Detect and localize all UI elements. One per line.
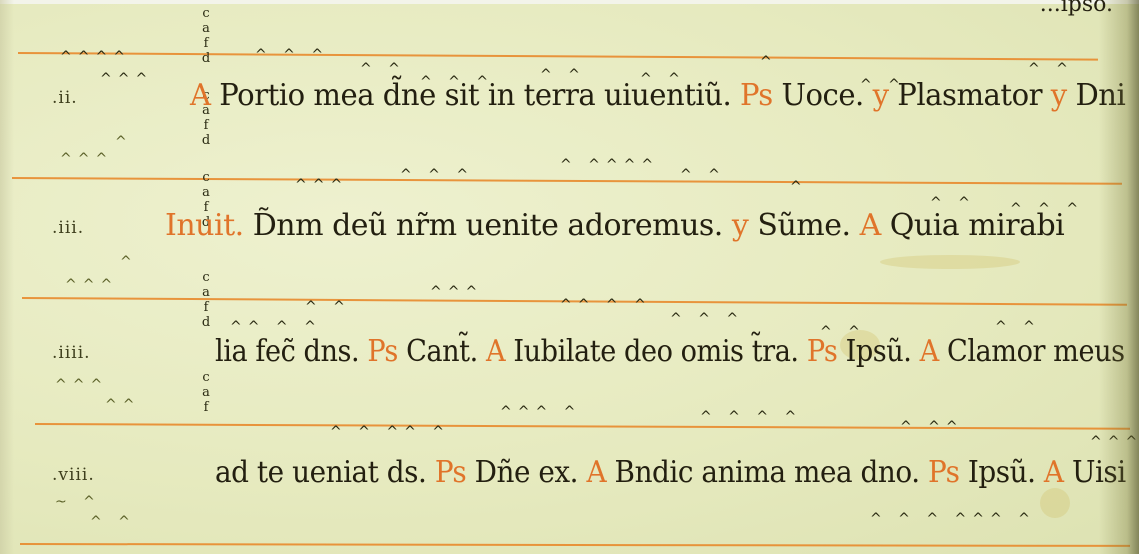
chant-text: ad te ueniat ds.: [215, 455, 426, 490]
image-top-edge: [0, 0, 1139, 4]
pitch-letter: f: [204, 300, 209, 315]
neume-group: ^ ^ ^^ ^: [330, 425, 450, 439]
neume-group: ^ ^^^^: [560, 158, 659, 172]
neume-group: ^ ^: [360, 62, 406, 76]
rubric-versus: y: [732, 208, 748, 243]
neume-group: ^^^: [60, 152, 113, 166]
chant-text: Ipsũ.: [968, 455, 1036, 490]
pitch-letter: c: [202, 270, 209, 285]
rubric-antiphon: A: [486, 334, 505, 369]
chant-text: Iubilate deo omis t̃ra.: [513, 334, 798, 369]
neume-group: ^ ^: [1028, 62, 1074, 76]
left-margin: [0, 0, 14, 554]
manuscript-page: ...ipso. c a f d c a f d c a f d c a f d…: [0, 0, 1139, 554]
staff-rule-4: [35, 423, 1130, 430]
pitch-letter: c: [202, 170, 209, 185]
pitch-letter: a: [202, 21, 210, 36]
pitch-letter: a: [202, 285, 210, 300]
chant-text: D̃nm deũ nr̃m uenite adoremus.: [253, 208, 723, 243]
rubric-psalm: Ps: [367, 334, 398, 369]
neume-group: ^^ ^ ^: [560, 298, 652, 312]
chant-text-line-2: Inuit. D̃nm deũ nr̃m uenite adoremus. y…: [165, 208, 1064, 243]
parchment-stain: [1040, 488, 1070, 518]
neume-group: ^^^ ^: [500, 405, 581, 419]
pitch-letter: f: [204, 36, 209, 51]
neume-group: ^: [790, 180, 808, 194]
neume-group: ^: [115, 135, 133, 149]
staff-rule-2: [12, 177, 1122, 185]
neume-group: ^^^^: [60, 50, 131, 64]
mode-number-1: .ii.: [52, 88, 78, 108]
neume-group: ^^^: [430, 285, 483, 299]
pitch-letter: d: [202, 315, 210, 330]
pitch-letter: c: [202, 6, 209, 21]
rubric-antiphon: A: [190, 78, 211, 113]
pitch-letter: f: [204, 118, 209, 133]
rubric-psalm: Ps: [807, 334, 838, 369]
chant-text-line-1: A Portio mea d̃ne sit in terra uiuentiũ…: [190, 78, 1125, 113]
chant-text: Plasmator: [897, 78, 1042, 113]
rubric-antiphon: A: [920, 334, 939, 369]
neume-group: ^ ^ ^: [670, 312, 744, 326]
neume-group: ^ ^: [90, 515, 136, 529]
neume-group: ^ ^: [995, 320, 1041, 334]
chant-text: Cant̃.: [406, 334, 478, 369]
chant-text: Portio mea d̃ne sit in terra uiuentiũ.: [219, 78, 731, 113]
pitch-letter: a: [202, 385, 210, 400]
rubric-versus: y: [873, 78, 889, 113]
pitch-letter: d: [202, 133, 210, 148]
rubric-antiphon: A: [1044, 455, 1064, 490]
staff-rule-1: [18, 52, 1098, 61]
neume-group: ^: [760, 55, 778, 69]
neume-group: ^ ^ ^ ^: [700, 410, 802, 424]
pitch-letter: a: [202, 185, 210, 200]
chant-text: Dñe ex.: [475, 455, 578, 490]
neume-group: ^^^: [295, 178, 348, 192]
neume-group: ^ ^: [680, 168, 726, 182]
chant-text: Bndic anima mea dno.: [615, 455, 920, 490]
neume-group: ^ ^ ^: [255, 48, 329, 62]
chant-text-line-4: ad te ueniat ds. Ps Dñe ex. A Bndic ani…: [215, 455, 1126, 490]
neume-group: ^^^: [100, 72, 153, 86]
neume-group: ^ ^ ^ ^^^ ^: [870, 512, 1036, 526]
chant-text: Clamor meus: [947, 334, 1125, 369]
rubric-psalm: Ps: [928, 455, 959, 490]
mode-number-3: .iiii.: [52, 343, 91, 363]
chant-text: Quia mirabi: [890, 208, 1065, 243]
mode-number-2: .iii.: [52, 218, 84, 238]
parchment-stain: [880, 255, 1020, 269]
chant-text: Sũme.: [757, 208, 850, 243]
rubric-antiphon: A: [586, 455, 606, 490]
pitch-letter: d: [202, 51, 210, 66]
neume-group: ^^ ^ ^: [230, 320, 322, 334]
rubric-invitatory: Inuit.: [165, 208, 244, 243]
neume-group: ^ ^^: [900, 420, 964, 434]
chant-text-line-3: lia fec̃ dns. Ps Cant̃. A Iubilate deo o…: [215, 334, 1125, 369]
neume-group: ^ ^ ^: [400, 168, 474, 182]
neume-group: ^^: [105, 398, 140, 412]
chant-text: lia fec̃ dns.: [215, 334, 359, 369]
rubric-versus: y: [1051, 78, 1067, 113]
rubric-antiphon: A: [860, 208, 881, 243]
pitch-letter: c: [202, 370, 209, 385]
mode-number-4: .viii.: [52, 465, 95, 485]
rubric-psalm: Ps: [435, 455, 466, 490]
binding-gutter-shadow: [1099, 0, 1139, 554]
neume-group: ^^^: [65, 278, 118, 292]
chant-text: Ipsũ.: [846, 334, 912, 369]
pitch-letter: f: [204, 400, 209, 415]
chant-text: Uoce.: [781, 78, 863, 113]
neume-group: ^ ^: [305, 300, 351, 314]
neume-group: ~ ^: [55, 495, 101, 509]
neume-group: ^^^: [55, 378, 108, 392]
staff-rule-5: [20, 543, 1130, 547]
neume-group: ^: [120, 255, 138, 269]
rubric-psalm: Ps: [740, 78, 773, 113]
